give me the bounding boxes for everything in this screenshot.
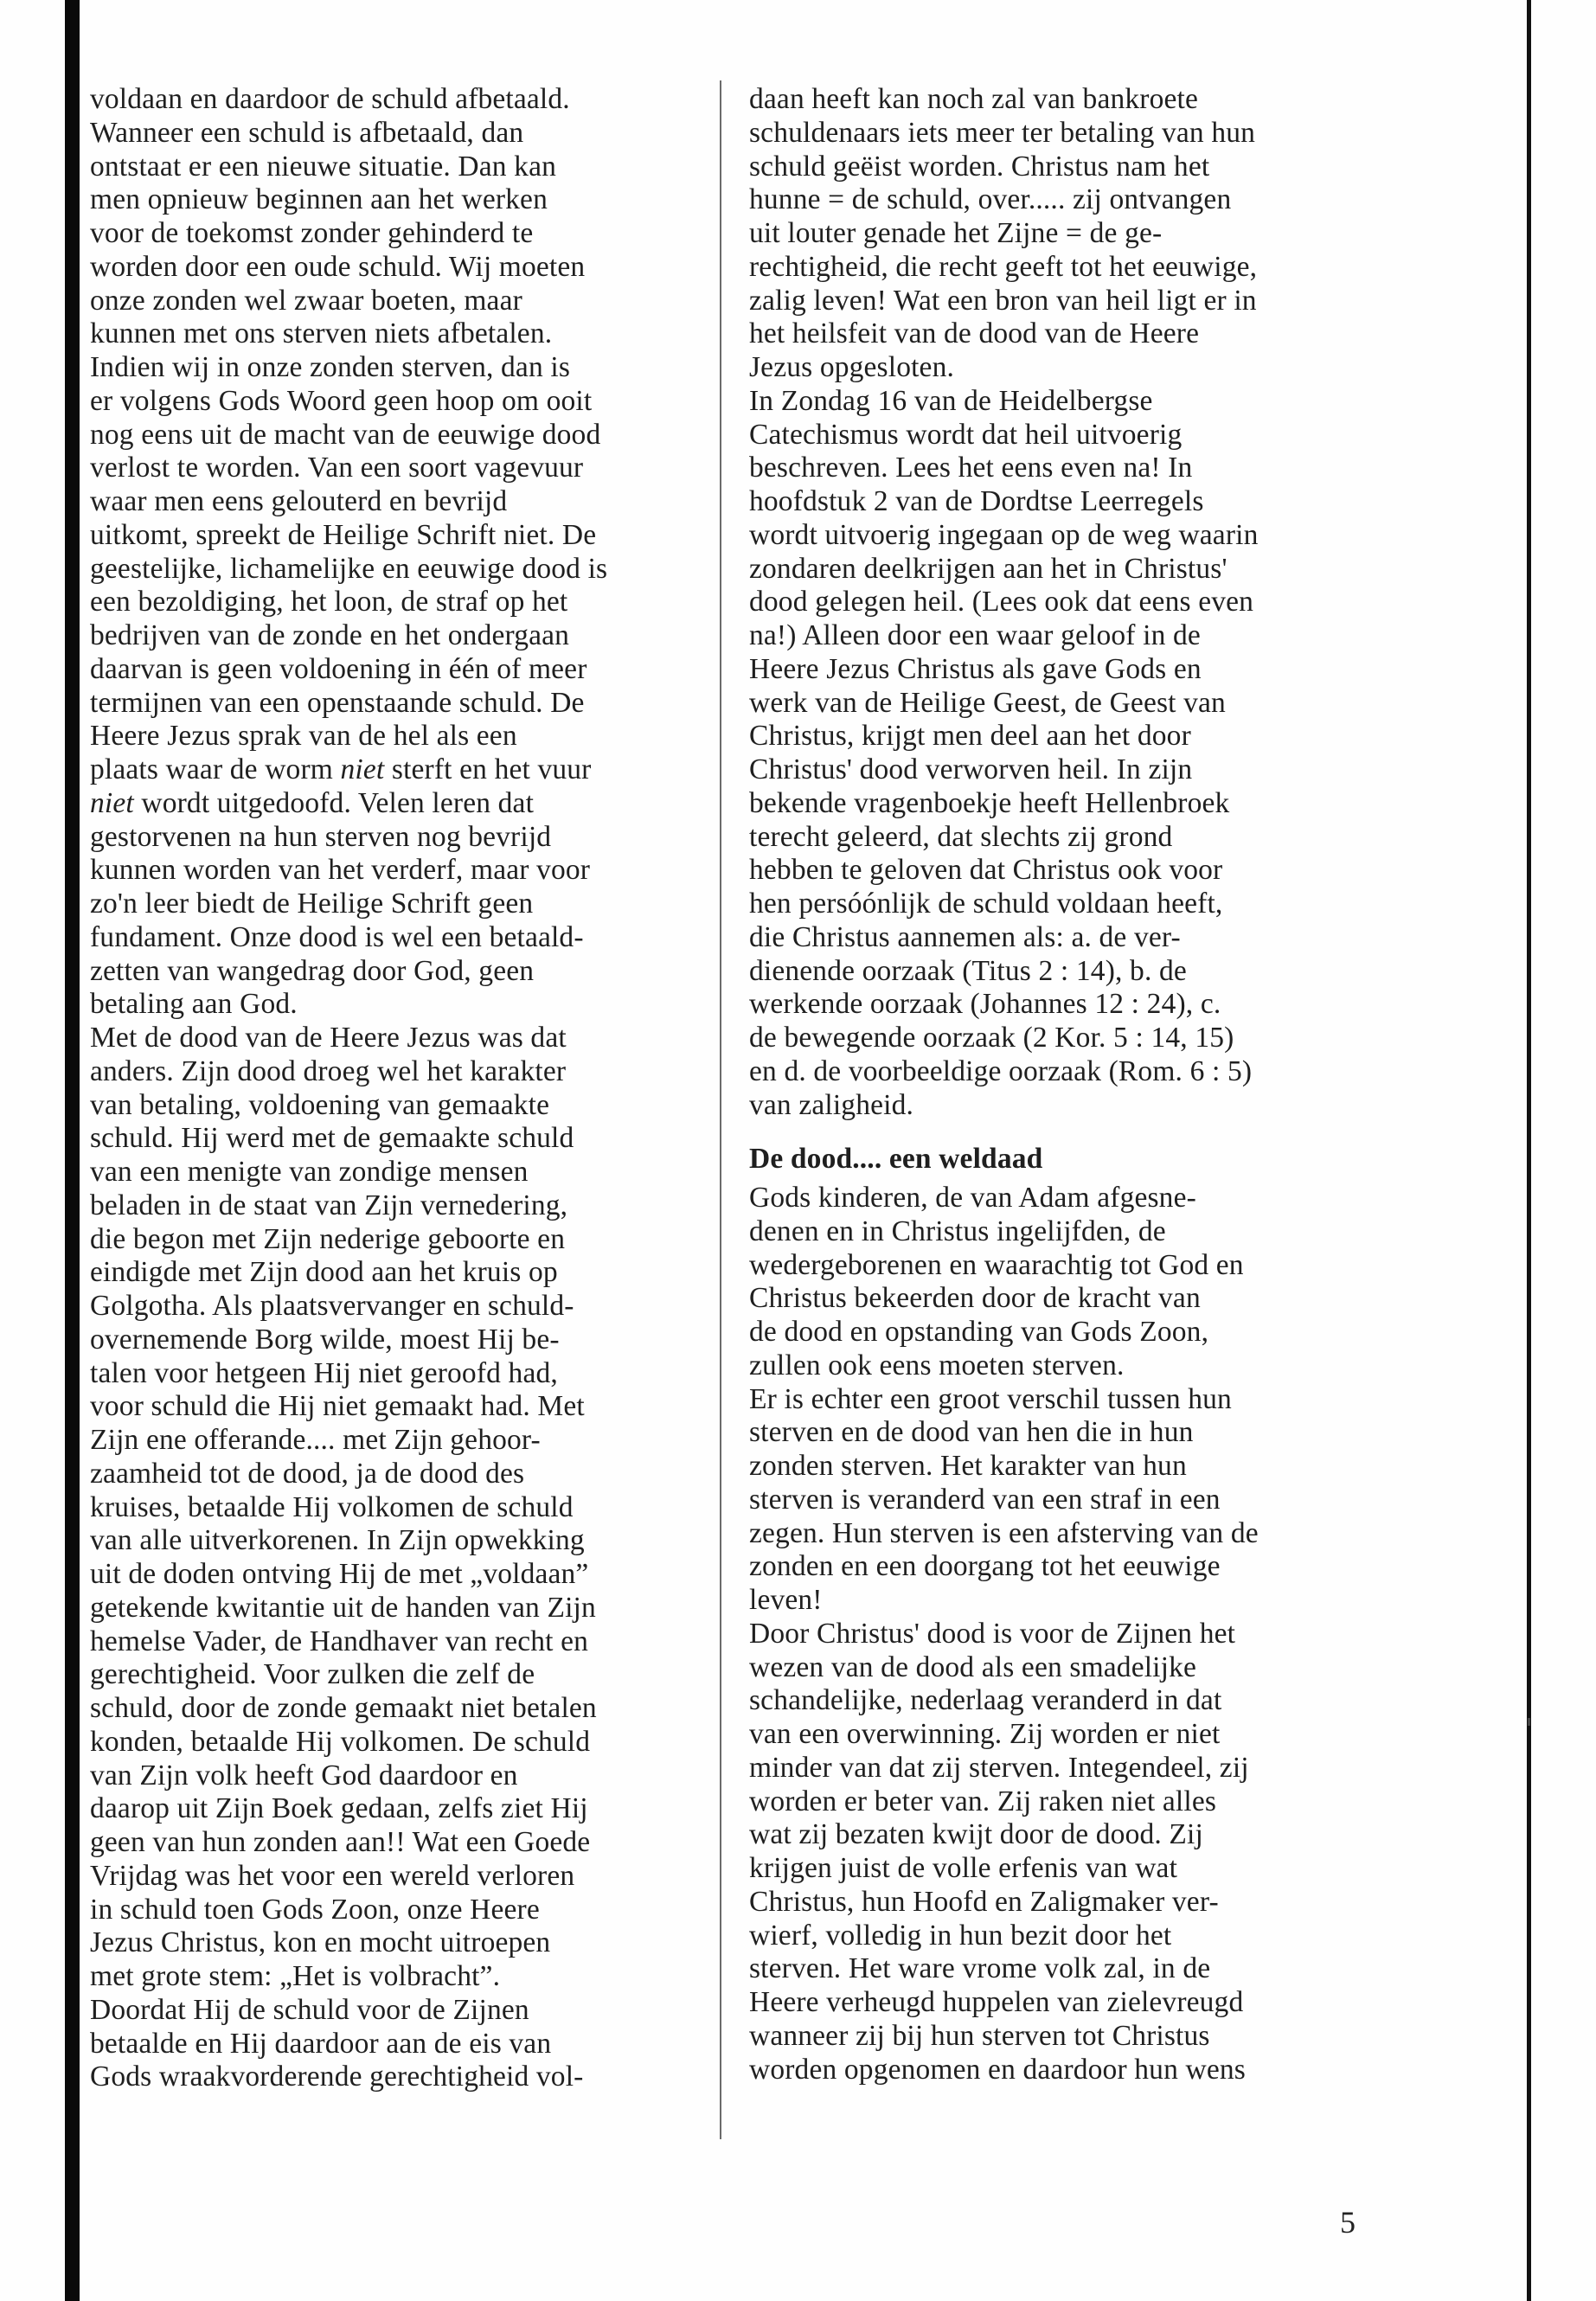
text-line: betaalde en Hij daardoor aan de eis van: [90, 2028, 713, 2061]
text-line: voldaan en daardoor de schuld afbetaald.: [90, 83, 713, 117]
text-line: schandelijke, nederlaag veranderd in dat: [749, 1684, 1389, 1718]
text-segment: plaats waar de worm: [90, 753, 341, 785]
scan-speck: [1528, 1718, 1530, 1726]
text-line: nog eens uit de macht van de eeuwige doo…: [90, 419, 713, 452]
text-line: voor schuld die Hij niet gemaakt had. Me…: [90, 1390, 713, 1424]
text-line: van zaligheid.: [749, 1089, 1389, 1123]
text-line: uit de doden ontving Hij de met „voldaan…: [90, 1558, 713, 1592]
text-line: voor de toekomst zonder gehinderd te: [90, 217, 713, 251]
text-line: daan heeft kan noch zal van bankroete: [749, 83, 1389, 117]
emphasis-niet: niet: [90, 787, 134, 819]
scan-edge-left-bar: [65, 0, 80, 2301]
text-line: de bewegende oorzaak (2 Kor. 5 : 14, 15): [749, 1022, 1389, 1055]
text-line: Heere Jezus sprak van de hel als een: [90, 720, 713, 753]
text-segment: wordt uitgedoofd. Velen leren dat: [134, 787, 534, 819]
text-line: wordt uitvoerig ingegaan op de weg waari…: [749, 519, 1389, 553]
left-column: voldaan en daardoor de schuld afbetaald.…: [90, 83, 713, 2094]
text-line: van Zijn volk heeft God daardoor en: [90, 1759, 713, 1793]
text-line: wanneer zij bij hun sterven tot Christus: [749, 2020, 1389, 2054]
text-line: eindigde met Zijn dood aan het kruis op: [90, 1256, 713, 1290]
text-line: gerechtigheid. Voor zulken die zelf de: [90, 1658, 713, 1692]
text-line: zalig leven! Wat een bron van heil ligt …: [749, 285, 1389, 318]
text-line: dienende oorzaak (Titus 2 : 14), b. de: [749, 955, 1389, 989]
text-line: talen voor hetgeen Hij niet geroofd had,: [90, 1357, 713, 1391]
text-line: konden, betaalde Hij volkomen. De schuld: [90, 1726, 713, 1759]
text-line: bedrijven van de zonde en het ondergaan: [90, 619, 713, 653]
text-line: van een menigte van zondige mensen: [90, 1156, 713, 1189]
text-line: Met de dood van de Heere Jezus was dat: [90, 1022, 713, 1055]
text-line: fundament. Onze dood is wel een betaald-: [90, 921, 713, 955]
text-line: In Zondag 16 van de Heidelbergse: [749, 385, 1389, 419]
text-line: werk van de Heilige Geest, de Geest van: [749, 687, 1389, 721]
text-line: in schuld toen Gods Zoon, onze Heere: [90, 1894, 713, 1927]
text-line: Golgotha. Als plaatsvervanger en schuld-: [90, 1290, 713, 1324]
text-line: men opnieuw beginnen aan het werken: [90, 183, 713, 217]
text-line: zo'n leer biedt de Heilige Schrift geen: [90, 888, 713, 921]
text-line: van alle uitverkorenen. In Zijn opwekkin…: [90, 1524, 713, 1558]
text-line: verlost te worden. Van een soort vagevuu…: [90, 452, 713, 485]
text-line: betaling aan God.: [90, 988, 713, 1022]
section-heading: De dood.... een weldaad: [749, 1143, 1389, 1176]
text-line: minder van dat zij sterven. Integendeel,…: [749, 1752, 1389, 1785]
text-line: hemelse Vader, de Handhaver van recht en: [90, 1625, 713, 1659]
text-line: het heilsfeit van de dood van de Heere: [749, 317, 1389, 351]
text-line: hen persóónlijk de schuld voldaan heeft,: [749, 888, 1389, 921]
text-line: krijgen juist de volle erfenis van wat: [749, 1852, 1389, 1886]
text-line: zaamheid tot de dood, ja de dood des: [90, 1458, 713, 1491]
text-segment: sterft en het vuur: [384, 753, 591, 785]
text-line: beladen in de staat van Zijn vernedering…: [90, 1189, 713, 1223]
text-line: anders. Zijn dood droeg wel het karakter: [90, 1055, 713, 1089]
text-line: wezen van de dood als een smadelijke: [749, 1651, 1389, 1685]
text-line: beschreven. Lees het eens even na! In: [749, 452, 1389, 485]
text-line: die begon met Zijn nederige geboorte en: [90, 1223, 713, 1257]
text-line: een bezoldiging, het loon, de straf op h…: [90, 586, 713, 619]
text-line: kruises, betaalde Hij volkomen de schuld: [90, 1491, 713, 1525]
text-line: zetten van wangedrag door God, geen: [90, 955, 713, 989]
right-column-section-body: Gods kinderen, de van Adam afgesne-denen…: [749, 1182, 1389, 2086]
text-line: hebben te geloven dat Christus ook voor: [749, 854, 1389, 888]
text-line: Christus, hun Hoofd en Zaligmaker ver-: [749, 1886, 1389, 1920]
text-line: Christus' dood verworven heil. In zijn: [749, 753, 1389, 787]
text-line: leven!: [749, 1584, 1389, 1618]
text-line: hunne = de schuld, over..... zij ontvang…: [749, 183, 1389, 217]
text-line: sterven. Het ware vrome volk zal, in de: [749, 1952, 1389, 1986]
text-line: getekende kwitantie uit de handen van Zi…: [90, 1592, 713, 1625]
text-line: daarop uit Zijn Boek gedaan, zelfs ziet …: [90, 1792, 713, 1826]
text-line: Heere Jezus Christus als gave Gods en: [749, 653, 1389, 687]
text-line: worden opgenomen en daardoor hun wens: [749, 2054, 1389, 2087]
text-line: er volgens Gods Woord geen hoop om ooit: [90, 385, 713, 419]
text-line: Wanneer een schuld is afbetaald, dan: [90, 117, 713, 151]
text-line: bekende vragenboekje heeft Hellenbroek: [749, 787, 1389, 821]
text-line: Doordat Hij de schuld voor de Zijnen: [90, 1994, 713, 2028]
text-line: Indien wij in onze zonden sterven, dan i…: [90, 351, 713, 385]
text-line: kunnen met ons sterven niets afbetalen.: [90, 317, 713, 351]
text-line: ontstaat er een nieuwe situatie. Dan kan: [90, 151, 713, 184]
text-line: worden er beter van. Zij raken niet alle…: [749, 1785, 1389, 1819]
text-line: van betaling, voldoening van gemaakte: [90, 1089, 713, 1123]
text-line: dood gelegen heil. (Lees ook dat eens ev…: [749, 586, 1389, 619]
text-line: Zijn ene offerande.... met Zijn gehoor-: [90, 1424, 713, 1458]
text-line: geen van hun zonden aan!! Wat een Goede: [90, 1826, 713, 1860]
text-line: wat zij bezaten kwijt door de dood. Zij: [749, 1818, 1389, 1852]
text-line: Vrijdag was het voor een wereld verloren: [90, 1860, 713, 1894]
text-line: die Christus aannemen als: a. de ver-: [749, 921, 1389, 955]
text-line: werkende oorzaak (Johannes 12 : 24), c.: [749, 988, 1389, 1022]
text-line: termijnen van een openstaande schuld. De: [90, 687, 713, 721]
text-line: Jezus Christus, kon en mocht uitroepen: [90, 1926, 713, 1960]
column-divider: [720, 80, 721, 2139]
text-line: kunnen worden van het verderf, maar voor: [90, 854, 713, 888]
text-line: zegen. Hun sterven is een afsterving van…: [749, 1517, 1389, 1551]
text-line: zonden en een doorgang tot het eeuwige: [749, 1550, 1389, 1584]
text-line: wierf, volledig in hun bezit door het: [749, 1920, 1389, 1953]
text-line: terecht geleerd, dat slechts zij grond: [749, 821, 1389, 855]
text-line: Catechismus wordt dat heil uitvoerig: [749, 419, 1389, 452]
text-line: uit louter genade het Zijne = de ge-: [749, 217, 1389, 251]
text-line: Christus bekeerden door de kracht van: [749, 1282, 1389, 1316]
right-column: daan heeft kan noch zal van bankroetesch…: [749, 83, 1389, 2086]
document-page: voldaan en daardoor de schuld afbetaald.…: [0, 0, 1596, 2301]
text-line: Jezus opgesloten.: [749, 351, 1389, 385]
section-gap: [749, 1122, 1389, 1143]
text-line: overnemende Borg wilde, moest Hij be-: [90, 1324, 713, 1357]
text-line: Christus, krijgt men deel aan het door: [749, 720, 1389, 753]
page-edge-right-rule: [1527, 0, 1531, 2301]
text-line: denen en in Christus ingelijfden, de: [749, 1215, 1389, 1249]
text-line: gestorvenen na hun sterven nog bevrijd: [90, 821, 713, 855]
text-line: zonden sterven. Het karakter van hun: [749, 1450, 1389, 1484]
text-line: sterven en de dood van hen die in hun: [749, 1416, 1389, 1450]
text-line-with-emphasis: plaats waar de worm niet sterft en het v…: [90, 753, 713, 787]
text-line: met grote stem: „Het is volbracht”.: [90, 1960, 713, 1994]
text-line-with-emphasis: niet wordt uitgedoofd. Velen leren dat: [90, 787, 713, 821]
text-line: onze zonden wel zwaar boeten, maar: [90, 285, 713, 318]
text-line: en d. de voorbeeldige oorzaak (Rom. 6 : …: [749, 1055, 1389, 1089]
text-line: wedergeborenen en waarachtig tot God en: [749, 1249, 1389, 1283]
text-line: zullen ook eens moeten sterven.: [749, 1349, 1389, 1383]
text-line: Door Christus' dood is voor de Zijnen he…: [749, 1618, 1389, 1651]
text-line: uitkomt, spreekt de Heilige Schrift niet…: [90, 519, 713, 553]
right-column-body: daan heeft kan noch zal van bankroetesch…: [749, 83, 1389, 1122]
text-line: Gods wraakvorderende gerechtigheid vol-: [90, 2061, 713, 2094]
page-number: 5: [1340, 2204, 1356, 2240]
text-line: na!) Alleen door een waar geloof in de: [749, 619, 1389, 653]
text-line: Er is echter een groot verschil tussen h…: [749, 1383, 1389, 1417]
text-line: van een overwinning. Zij worden er niet: [749, 1718, 1389, 1752]
text-line: schuldenaars iets meer ter betaling van …: [749, 117, 1389, 151]
text-line: sterven is veranderd van een straf in ee…: [749, 1484, 1389, 1517]
text-line: hoofdstuk 2 van de Dordtse Leerregels: [749, 485, 1389, 519]
text-line: schuld. Hij werd met de gemaakte schuld: [90, 1122, 713, 1156]
text-line: daarvan is geen voldoening in één of mee…: [90, 653, 713, 687]
text-line: geestelijke, lichamelijke en eeuwige doo…: [90, 553, 713, 586]
emphasis-niet: niet: [341, 753, 385, 785]
text-line: schuld, door de zonde gemaakt niet betal…: [90, 1692, 713, 1726]
text-line: schuld geëist worden. Christus nam het: [749, 151, 1389, 184]
text-line: worden door een oude schuld. Wij moeten: [90, 251, 713, 285]
text-line: Heere verheugd huppelen van zielevreugd: [749, 1986, 1389, 2020]
text-line: zondaren deelkrijgen aan het in Christus…: [749, 553, 1389, 586]
text-line: de dood en opstanding van Gods Zoon,: [749, 1316, 1389, 1349]
text-line: Gods kinderen, de van Adam afgesne-: [749, 1182, 1389, 1215]
text-line: waar men eens gelouterd en bevrijd: [90, 485, 713, 519]
text-line: rechtigheid, die recht geeft tot het eeu…: [749, 251, 1389, 285]
left-column-continuation: gestorvenen na hun sterven nog bevrijdku…: [90, 821, 713, 2095]
